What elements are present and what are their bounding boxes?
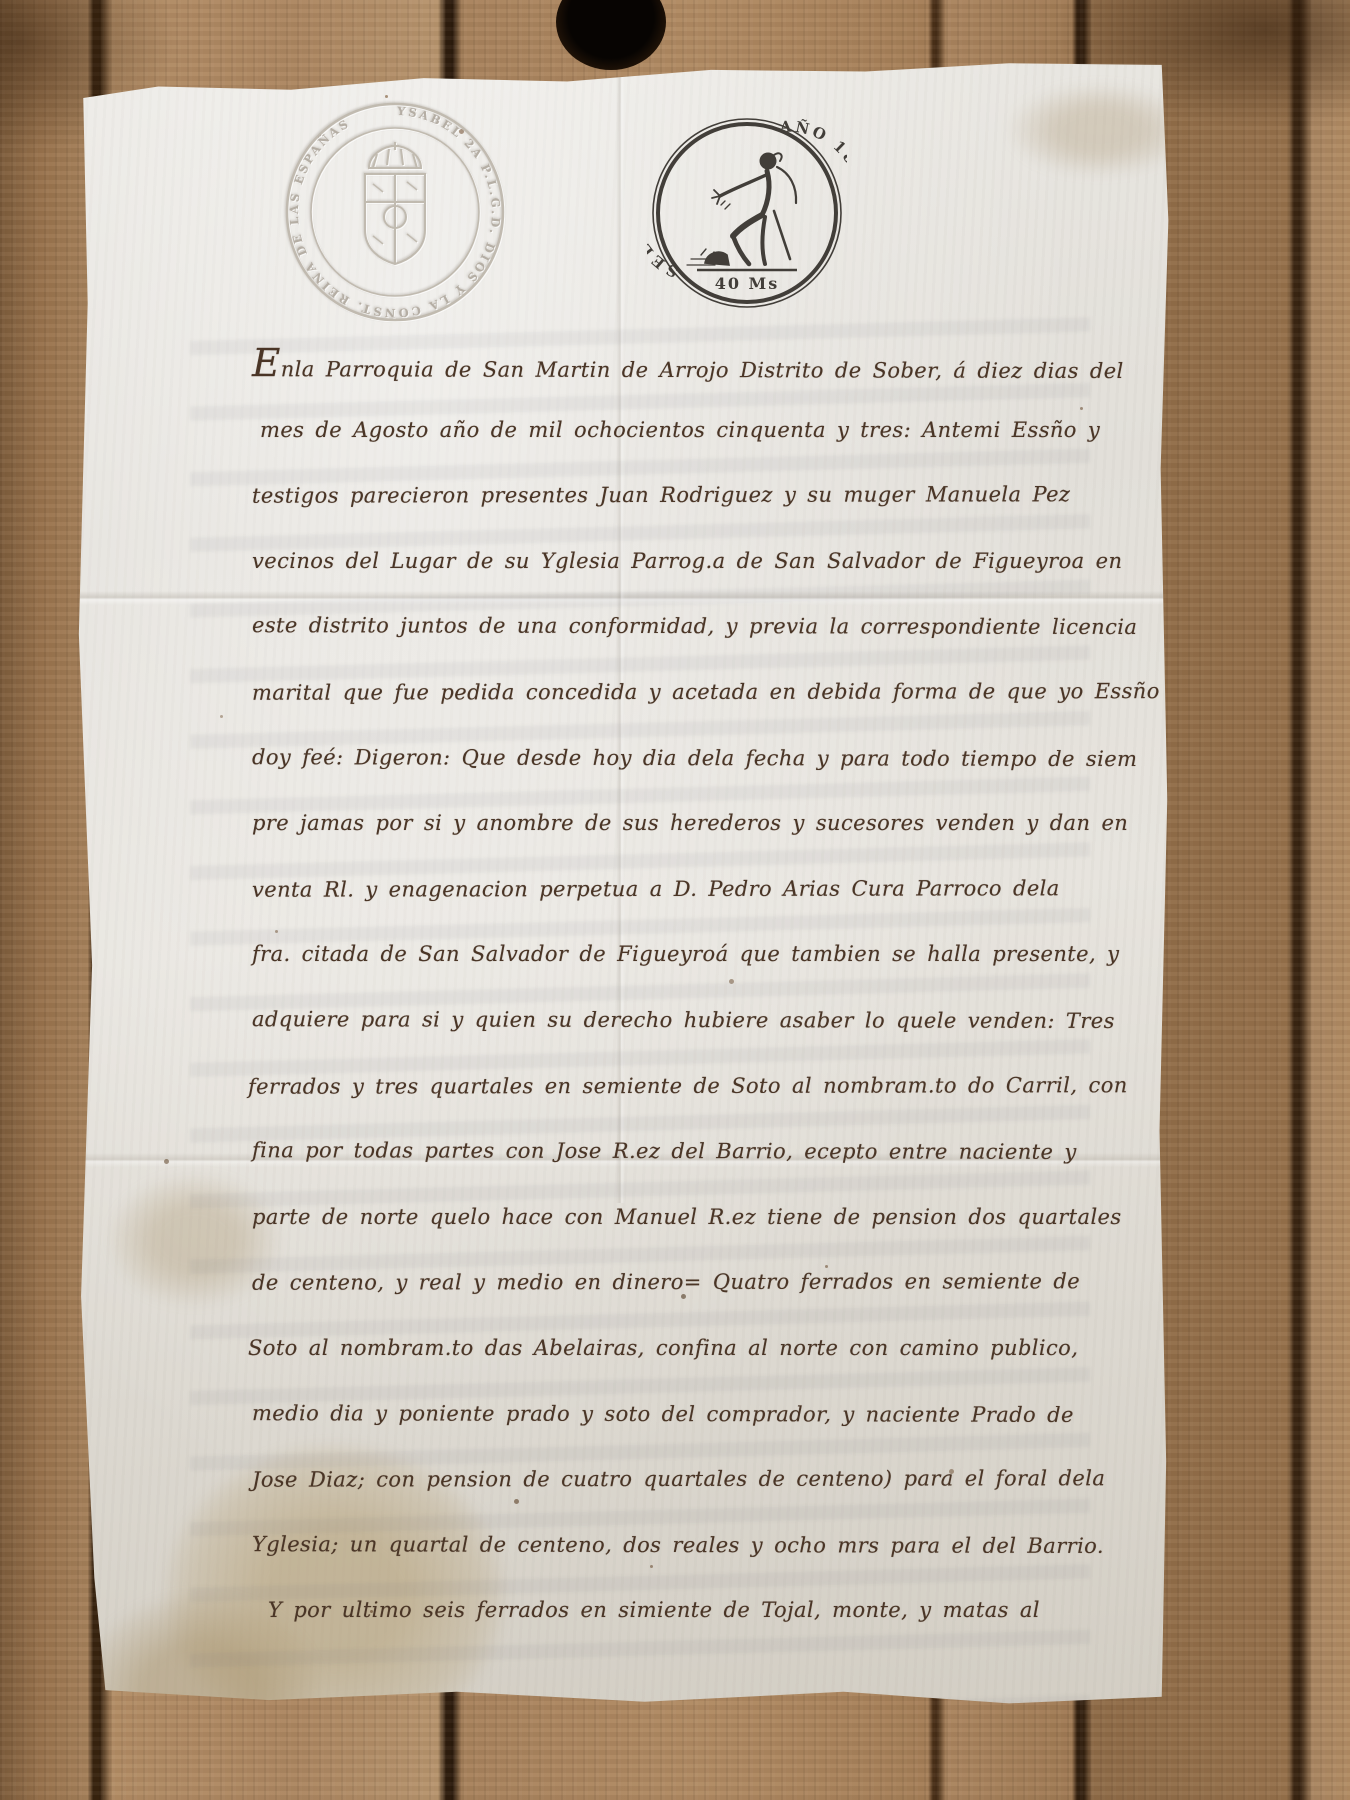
manuscript-line: medio dia y poniente prado y soto del co… <box>252 1381 1052 1448</box>
seated-figure-engraving <box>687 153 796 266</box>
stamp-denomination-text: 40 Ms <box>715 274 780 293</box>
handwritten-text-block: Enla Parroquia de San Martin de Arrojo D… <box>252 332 1052 1644</box>
svg-text:AÑO 1852.: AÑO 1852. <box>779 117 847 202</box>
manuscript-line: adquiere para si y quien su derecho hubi… <box>252 987 1052 1054</box>
manuscript-sheet: YSABEL 2A P.L.G.D. DIOS Y LA CONST. REIN… <box>70 55 1175 1710</box>
manuscript-line: Enla Parroquia de San Martin de Arrojo D… <box>252 331 1052 398</box>
manuscript-line: venta Rl. y enagenacion perpetua a D. Pe… <box>252 856 1052 923</box>
manuscript-line: Y por ultimo seis ferrados en simiente d… <box>268 1578 1052 1644</box>
manuscript-line: ferrados y tres quartales en semiente de… <box>248 1053 1052 1120</box>
manuscript-line: vecinos del Lugar de su Yglesia Parrog.a… <box>252 529 1052 595</box>
manuscript-line: parte de norte quelo hace con Manuel R.e… <box>252 1185 1052 1251</box>
manuscript-line: testigos parecieron presentes Juan Rodri… <box>252 462 1052 529</box>
photograph-of-manuscript: YSABEL 2A P.L.G.D. DIOS Y LA CONST. REIN… <box>0 0 1350 1800</box>
manuscript-line: doy feé: Digeron: Que desde hoy dia dela… <box>252 725 1052 792</box>
manuscript-line: fina por todas partes con Jose R.ez del … <box>252 1118 1052 1185</box>
stamp-right-arc-text: AÑO 1852. <box>779 117 847 202</box>
top-stain <box>1010 85 1190 175</box>
stamp-left-arc-text: SELLO 4º <box>647 171 681 281</box>
manuscript-line: Jose Diaz; con pension de cuatro quartal… <box>252 1446 1052 1513</box>
manuscript-line: este distrito juntos de una conformidad,… <box>252 594 1052 661</box>
manuscript-line: Yglesia; un quartal de centeno, dos real… <box>252 1512 1052 1579</box>
manuscript-line: marital que fue pedida concedida y aceta… <box>252 659 1052 726</box>
svg-text:SELLO 4º: SELLO 4º <box>647 171 681 281</box>
manuscript-line: pre jamas por si y anombre de sus herede… <box>252 791 1052 857</box>
revenue-stamp-1852: SELLO 4º AÑO 1852. 40 Ms <box>647 113 847 313</box>
manuscript-line: mes de Agosto año de mil ochocientos cin… <box>260 398 1052 464</box>
manuscript-line: Soto al nombram.to das Abelairas, confin… <box>248 1316 1052 1382</box>
manuscript-line: de centeno, y real y medio en dinero= Qu… <box>252 1250 1052 1317</box>
manuscript-line: fra. citada de San Salvador de Figueyroá… <box>252 922 1052 988</box>
embossed-royal-seal: YSABEL 2A P.L.G.D. DIOS Y LA CONST. REIN… <box>275 92 515 332</box>
